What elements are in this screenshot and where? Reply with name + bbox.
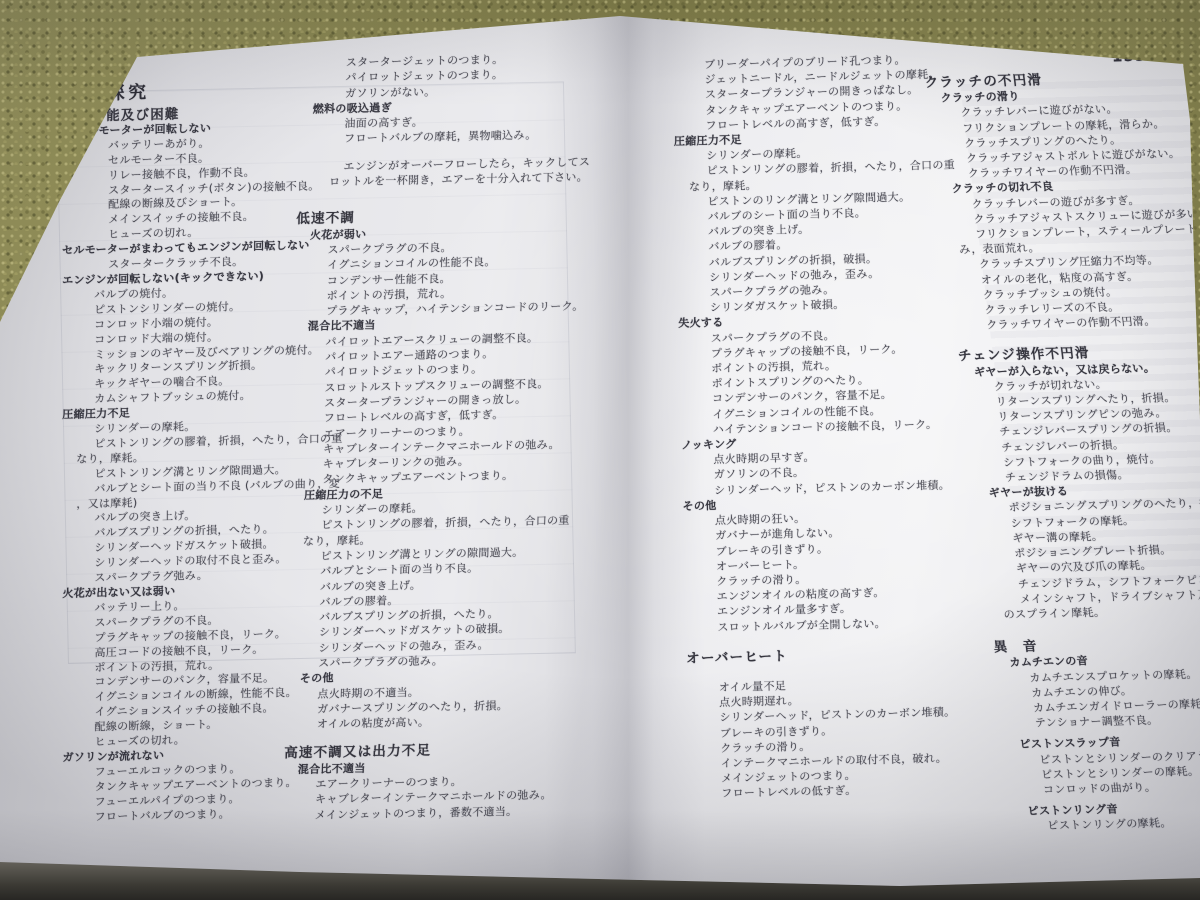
open-book: 154 故障探究 始動不能及び困難セルモーターが回転しないバッテリーあがり。セル… — [0, 0, 1200, 900]
page-155: 155 ブリーダーパイプのブリード孔つまり。ジェットニードル，ニードルジェットの… — [0, 0, 1200, 900]
section-heading: オーバーヒート — [686, 644, 986, 666]
